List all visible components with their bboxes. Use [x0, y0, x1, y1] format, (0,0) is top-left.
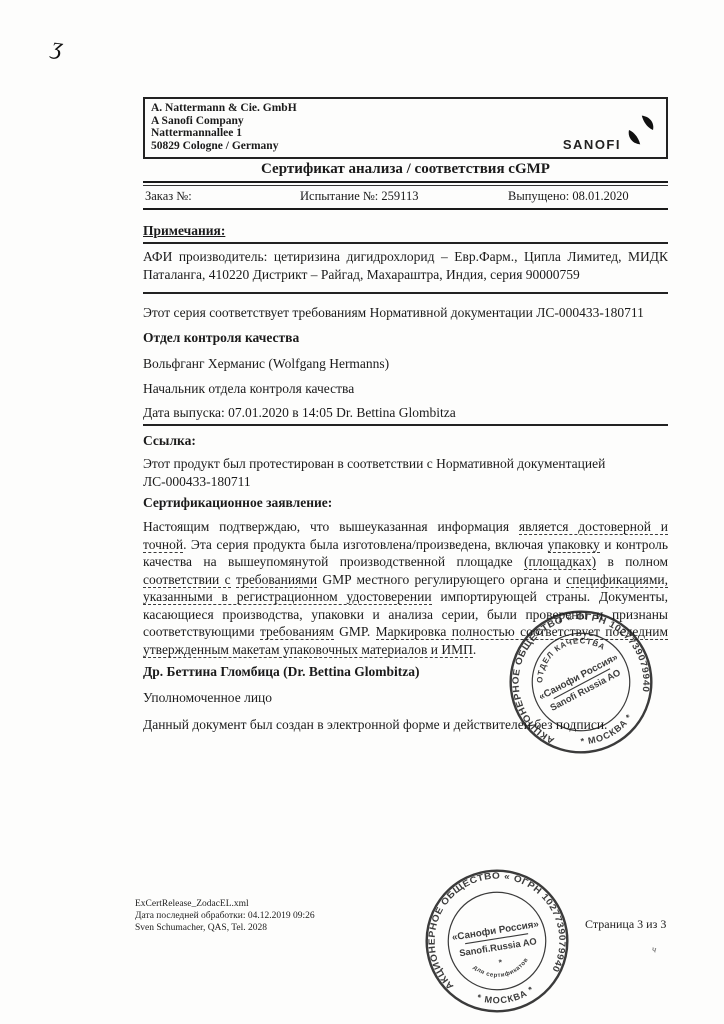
sanofi-logo: SANOFI: [563, 114, 658, 152]
statement-heading: Сертификационное заявление:: [143, 495, 668, 511]
svg-text:*: *: [498, 957, 504, 968]
document-page: ʒ A. Nattermann & Cie. GmbH A Sanofi Com…: [0, 0, 724, 1024]
header-box: A. Nattermann & Cie. GmbH A Sanofi Compa…: [143, 97, 668, 159]
statement-text: . Эта серия продукта была изготовлена/пр…: [183, 537, 548, 552]
statement-text: .: [473, 642, 476, 657]
statement-text: GMP местного регулирующего органа и: [317, 572, 566, 587]
sanofi-wordmark: SANOFI: [563, 137, 621, 152]
footer-contact: Sven Schumacher, QAS, Tel. 2028: [135, 923, 315, 935]
divider: [143, 292, 668, 294]
statement-underlined-phrase: требованиями: [236, 572, 317, 588]
stray-scan-mark: ч: [651, 944, 658, 955]
test-field: Испытание №: 259113: [300, 189, 508, 204]
statement-text: в полном: [596, 554, 668, 569]
statement-underlined-phrase: требованиям: [260, 624, 334, 640]
issued-field: Выпущено: 08.01.2020: [508, 189, 666, 204]
qc-department-heading: Отдел контроля качества: [143, 330, 668, 346]
footer-block: ExCertRelease_ZodacEL.xml Дата последней…: [135, 899, 315, 935]
sanofi-swoosh-icon: [624, 114, 658, 146]
divider: [143, 242, 668, 244]
statement-underlined-phrase: упаковку: [548, 537, 600, 553]
certificate-stamp: АКЦИОНЕРНОЕ ОБЩЕСТВО « ОГРН 102773907994…: [411, 855, 583, 1024]
footer-processed: Дата последней обработки: 04.12.2019 09:…: [135, 911, 315, 923]
company-line: A. Nattermann & Cie. GmbH: [151, 102, 660, 115]
order-field: Заказ №:: [145, 189, 300, 204]
footer-file: ExCertRelease_ZodacEL.xml: [135, 899, 315, 911]
page-number: Страница 3 из 3: [585, 917, 666, 932]
document-title: Сертификат анализа / соответствия cGMP: [143, 159, 668, 183]
statement-underlined-phrase: (площадках): [524, 554, 596, 570]
reference-heading: Ссылка:: [143, 433, 668, 449]
series-compliance-line: Этот серия соответствует требованиям Нор…: [143, 304, 668, 322]
qc-role: Начальник отдела контроля качества: [143, 380, 668, 398]
statement-underlined-phrase: соответствии с: [143, 572, 231, 588]
statement-text: GMP.: [334, 624, 376, 639]
qc-person: Вольфганг Херманис (Wolfgang Hermanns): [143, 355, 668, 373]
notes-heading: Примечания:: [143, 223, 668, 239]
afi-manufacturer-line: АФИ производитель: цетиризина дигидрохло…: [143, 248, 668, 283]
statement-text: Настоящим подтверждаю, что вышеуказанная…: [143, 519, 519, 534]
handwritten-mark: ʒ: [50, 33, 64, 61]
release-date-line: Дата выпуска: 07.01.2020 в 14:05 Dr. Bet…: [143, 404, 668, 427]
reference-text: Этот продукт был протестирован в соответ…: [143, 455, 621, 490]
header-fields-row: Заказ №: Испытание №: 259113 Выпущено: 0…: [143, 185, 668, 210]
